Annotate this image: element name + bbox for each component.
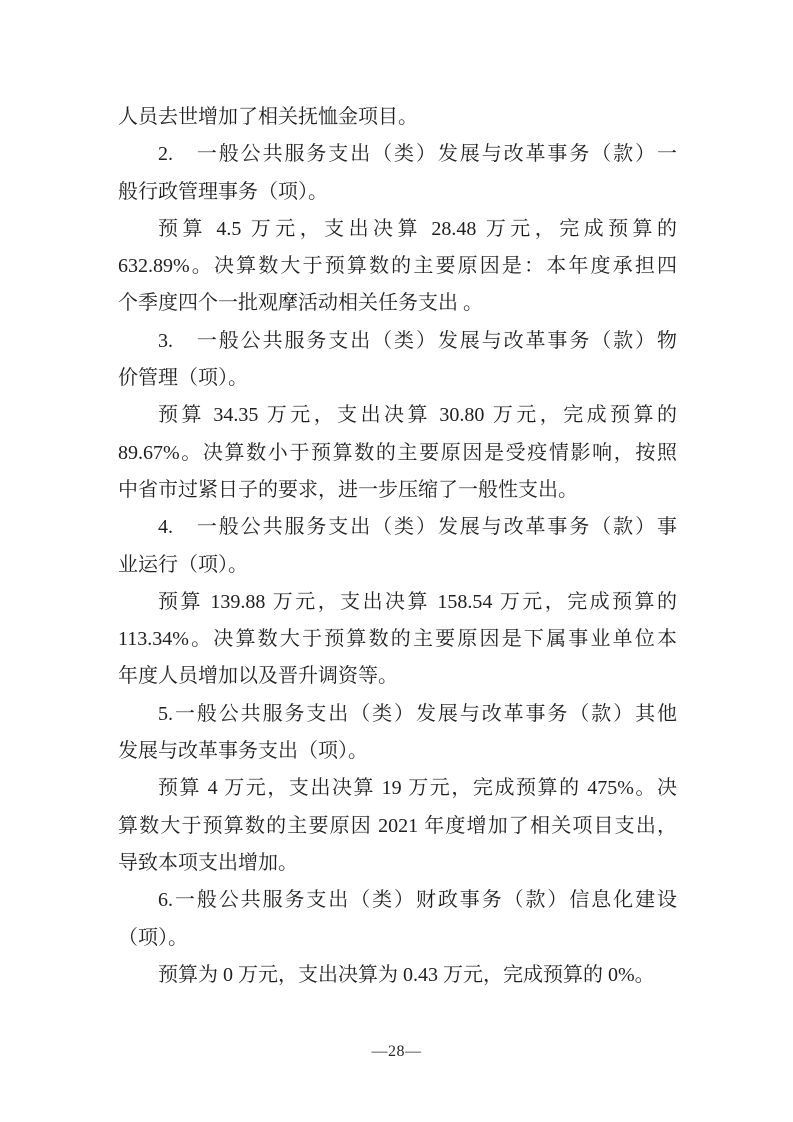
document-line: 算数大于预算数的主要原因 2021 年度增加了相关项目支出， — [118, 808, 677, 845]
document-line: 5.一般公共服务支出（类）发展与改革事务（款）其他 — [118, 696, 677, 733]
document-line: 3. 一般公共服务支出（类）发展与改革事务（款）物 — [118, 323, 677, 360]
document-line: 个季度四个一批观摩活动相关任务支出 。 — [118, 285, 677, 322]
document-line: 4. 一般公共服务支出（类）发展与改革事务（款）事 — [118, 509, 677, 546]
document-line: 中省市过紧日子的要求，进一步压缩了一般性支出。 — [118, 472, 677, 509]
page-number: —28— — [372, 1043, 422, 1060]
document-line: 般行政管理事务（项）。 — [118, 174, 677, 211]
document-line: 预算 139.88 万元，支出决算 158.54 万元，完成预算的 — [118, 584, 677, 621]
document-line: 预算 34.35 万元，支出决算 30.80 万元，完成预算的 — [118, 397, 677, 434]
document-line: 业运行（项）。 — [118, 547, 677, 584]
document-line: 人员去世增加了相关抚恤金项目。 — [118, 99, 677, 136]
document-page: 人员去世增加了相关抚恤金项目。 2. 一般公共服务支出（类）发展与改革事务（款）… — [0, 0, 793, 1122]
document-line: 发展与改革事务支出（项）。 — [118, 733, 677, 770]
document-line: 6.一般公共服务支出（类）财政事务（款）信息化建设 — [118, 882, 677, 919]
document-line: 预算 4 万元，支出决算 19 万元，完成预算的 475%。决 — [118, 770, 677, 807]
document-line: 导致本项支出增加。 — [118, 845, 677, 882]
document-body: 人员去世增加了相关抚恤金项目。 2. 一般公共服务支出（类）发展与改革事务（款）… — [118, 99, 677, 994]
document-line: 价管理（项）。 — [118, 360, 677, 397]
document-line: 预算为 0 万元，支出决算为 0.43 万元，完成预算的 0%。 — [118, 957, 677, 994]
page-footer: —28— — [0, 1043, 793, 1061]
document-line: 预算 4.5 万元，支出决算 28.48 万元，完成预算的 — [118, 211, 677, 248]
document-line: 89.67%。决算数小于预算数的主要原因是受疫情影响，按照 — [118, 435, 677, 472]
document-line: 113.34%。决算数大于预算数的主要原因是下属事业单位本 — [118, 621, 677, 658]
document-line: 年度人员增加以及晋升调资等。 — [118, 658, 677, 695]
document-line: （项）。 — [118, 920, 677, 957]
document-line: 2. 一般公共服务支出（类）发展与改革事务（款）一 — [118, 136, 677, 173]
document-line: 632.89%。决算数大于预算数的主要原因是：本年度承担四 — [118, 248, 677, 285]
